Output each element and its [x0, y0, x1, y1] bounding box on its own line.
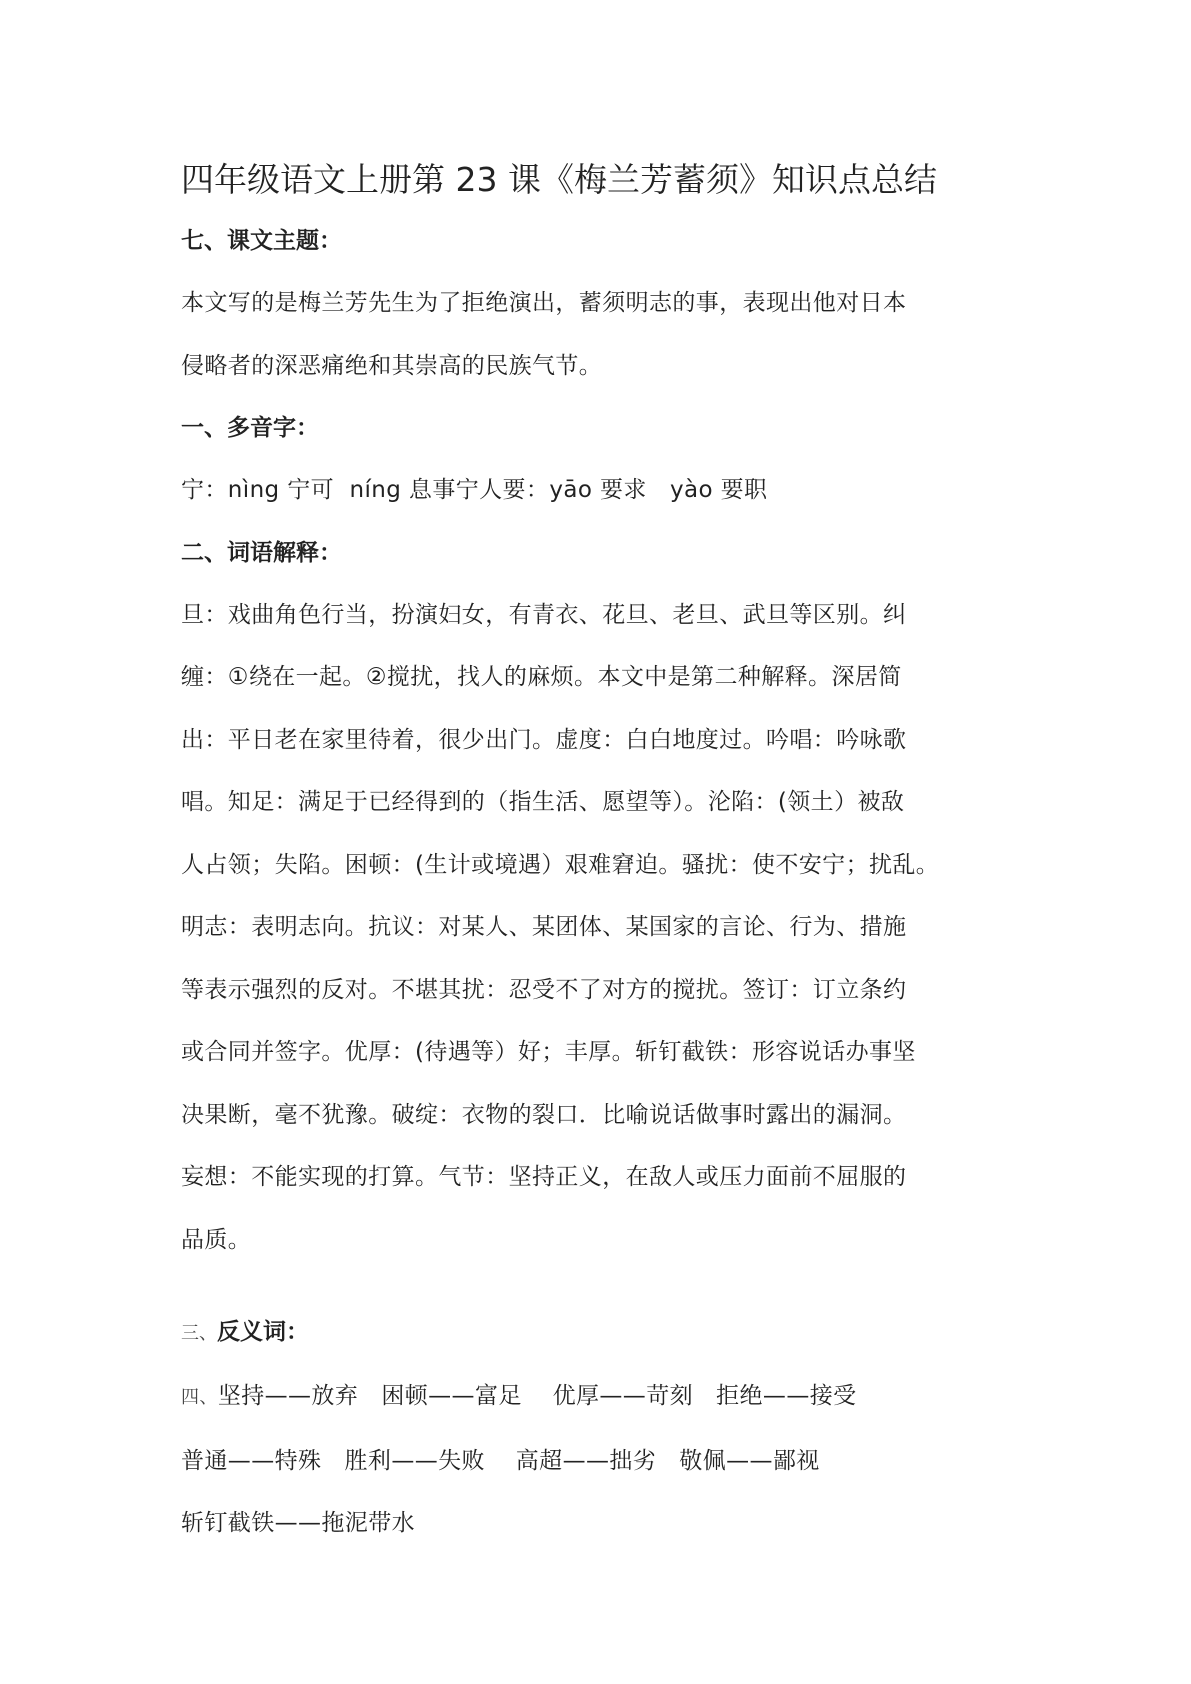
- vocabulary-line: 等表示强烈的反对。不堪其扰：忍受不了对方的搅扰。签订：订立条约: [181, 959, 1031, 1022]
- theme-line: 侵略者的深恶痛绝和其崇高的民族气节。: [181, 335, 1031, 398]
- document-page: 四年级语文上册第 23 课《梅兰芳蓄须》知识点总结 七、课文主题： 本文写的是梅…: [181, 150, 1031, 1555]
- vocabulary-line: 缠：①绕在一起。②搅扰，找人的麻烦。本文中是第二种解释。深居简: [181, 646, 1031, 709]
- section-heading-antonyms: 三、反义词：: [181, 1301, 1031, 1365]
- vocabulary-line: 唱。知足：满足于已经得到的（指生活、愿望等）。沦陷：(领土）被敌: [181, 771, 1031, 834]
- vocabulary-line: 人占领；失陷。困顿：(生计或境遇）艰难窘迫。骚扰：使不安宁；扰乱。: [181, 834, 1031, 897]
- heading-prefix: 三、: [181, 1323, 217, 1344]
- vocabulary-line: 旦：戏曲角色行当，扮演妇女，有青衣、花旦、老旦、武旦等区别。纠: [181, 584, 1031, 647]
- polyphones-line: 宁：nìng 宁可 níng 息事宁人要：yāo 要求 yào 要职: [181, 459, 1031, 522]
- section-heading-theme: 七、课文主题：: [181, 210, 1031, 272]
- antonyms-line: 普通——特殊 胜利——失败 高超——拙劣 敬佩——鄙视: [181, 1430, 1031, 1493]
- antonyms-text: 坚持——放弃 困顿——富足 优厚——苛刻 拒绝——接受: [218, 1383, 857, 1409]
- antonyms-line: 斩钉截铁——拖泥带水: [181, 1492, 1031, 1555]
- vocabulary-line: 或合同并签字。优厚：(待遇等）好；丰厚。斩钉截铁：形容说话办事坚: [181, 1021, 1031, 1084]
- vocabulary-line: 品质。: [181, 1209, 1031, 1272]
- vocabulary-line: 妄想：不能实现的打算。气节：坚持正义，在敌人或压力面前不屈服的: [181, 1146, 1031, 1209]
- heading-text: 反义词：: [217, 1319, 309, 1345]
- line-prefix: 四、: [181, 1387, 218, 1408]
- section-heading-polyphones: 一、多音字：: [181, 397, 1031, 459]
- vocabulary-line: 出：平日老在家里待着，很少出门。虚度：白白地度过。吟唱：吟咏歌: [181, 709, 1031, 772]
- document-title: 四年级语文上册第 23 课《梅兰芳蓄须》知识点总结: [181, 150, 1031, 210]
- antonyms-line: 四、坚持——放弃 困顿——富足 优厚——苛刻 拒绝——接受: [181, 1365, 1031, 1430]
- theme-line: 本文写的是梅兰芳先生为了拒绝演出，蓄须明志的事，表现出他对日本: [181, 272, 1031, 335]
- section-heading-vocabulary: 二、词语解释：: [181, 522, 1031, 584]
- spacer: [181, 1271, 1031, 1301]
- vocabulary-line: 决果断，毫不犹豫。破绽：衣物的裂口．比喻说话做事时露出的漏洞。: [181, 1084, 1031, 1147]
- vocabulary-line: 明志：表明志向。抗议：对某人、某团体、某国家的言论、行为、措施: [181, 896, 1031, 959]
